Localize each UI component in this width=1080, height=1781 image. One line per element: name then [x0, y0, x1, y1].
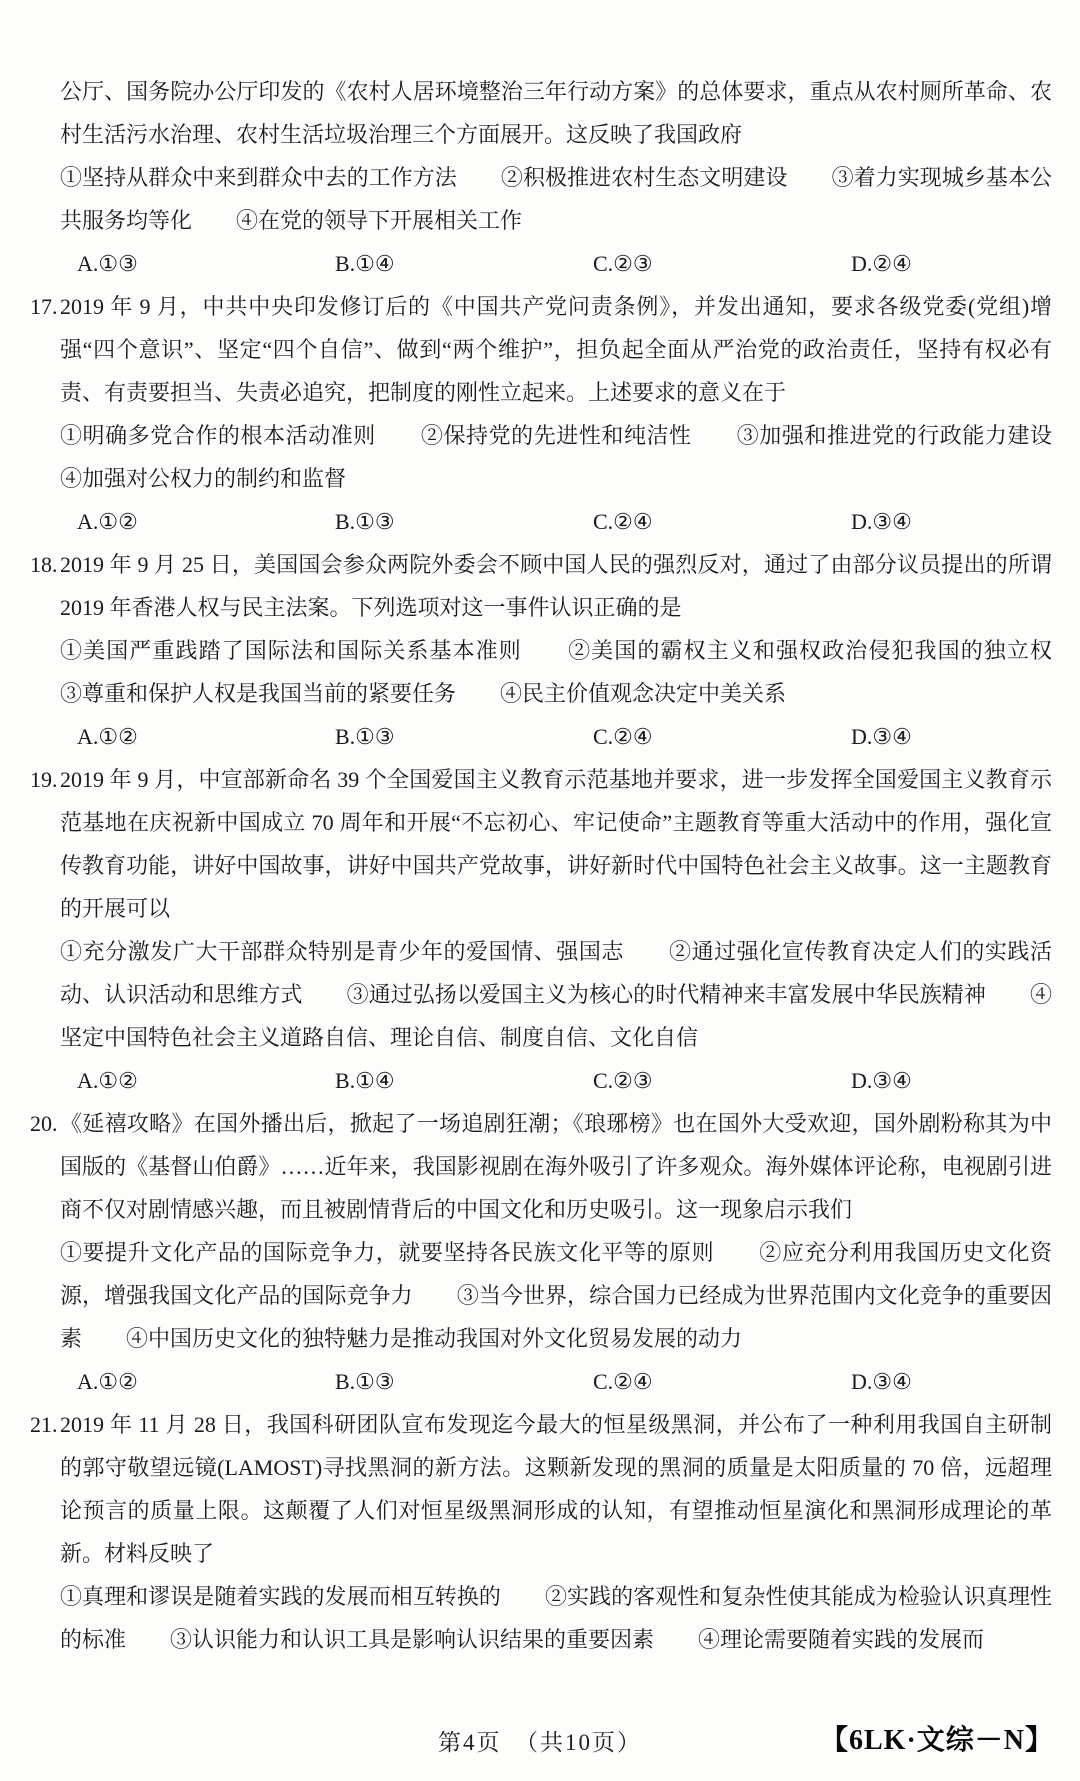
question-21: 21. 2019 年 11 月 28 日，我国科研团队宣布发现迄今最大的恒星级黑…: [30, 1403, 1052, 1661]
question-number: 20.: [30, 1102, 60, 1145]
option-a: A.①②: [77, 1360, 335, 1403]
exam-paper-page: 公厅、国务院办公厅印发的《农村人居环境整治三年行动方案》的总体要求，重点从农村厕…: [0, 0, 1080, 1781]
option-b: B.①③: [335, 715, 593, 758]
question-statements: ①充分激发广大干部群众特别是青少年的爱国情、强国志 ②通过强化宣传教育决定人们的…: [60, 930, 1052, 1059]
question-stem: 公厅、国务院办公厅印发的《农村人居环境整治三年行动方案》的总体要求，重点从农村厕…: [60, 70, 1052, 156]
option-c: C.②④: [593, 715, 851, 758]
question-17: 17. 2019 年 9 月，中共中央印发修订后的《中国共产党问责条例》，并发出…: [30, 285, 1052, 543]
option-d: D.③④: [851, 1059, 912, 1102]
page-content: 公厅、国务院办公厅印发的《农村人居环境整治三年行动方案》的总体要求，重点从农村厕…: [0, 0, 1080, 1661]
option-d: D.③④: [851, 715, 912, 758]
question-number: 21.: [30, 1403, 60, 1446]
question-stem: 2019 年 9 月 25 日，美国国会参众两院外委会不顾中国人民的强烈反对，通…: [60, 543, 1052, 629]
option-a: A.①②: [77, 1059, 335, 1102]
option-c: C.②④: [593, 1360, 851, 1403]
option-c: C.②④: [593, 500, 851, 543]
option-c: C.②③: [593, 1059, 851, 1102]
question-number: 18.: [30, 543, 60, 586]
question-statements: ①要提升文化产品的国际竞争力，就要坚持各民族文化平等的原则 ②应充分利用我国历史…: [60, 1231, 1052, 1360]
option-b: B.①④: [335, 242, 593, 285]
question-19: 19. 2019 年 9 月，中宣部新命名 39 个全国爱国主义教育示范基地并要…: [30, 758, 1052, 1102]
question-statements: ①真理和谬误是随着实践的发展而相互转换的 ②实践的客观性和复杂性使其能成为检验认…: [60, 1575, 1052, 1661]
question-number: 17.: [30, 285, 60, 328]
option-b: B.①③: [335, 500, 593, 543]
option-a: A.①②: [77, 500, 335, 543]
option-d: D.③④: [851, 1360, 912, 1403]
option-a: A.①③: [77, 242, 335, 285]
options-row: A.①② B.①③ C.②④ D.③④: [60, 1360, 1052, 1403]
question-20: 20. 《延禧攻略》在国外播出后，掀起了一场追剧狂潮；《琅琊榜》也在国外大受欢迎…: [30, 1102, 1052, 1403]
question-statements: ①明确多党合作的根本活动准则 ②保持党的先进性和纯洁性 ③加强和推进党的行政能力…: [60, 414, 1052, 500]
options-row: A.①② B.①③ C.②④ D.③④: [60, 500, 1052, 543]
option-d: D.③④: [851, 500, 912, 543]
question-stem: 2019 年 9 月，中宣部新命名 39 个全国爱国主义教育示范基地并要求，进一…: [60, 758, 1052, 930]
option-b: B.①③: [335, 1360, 593, 1403]
question-statements: ①坚持从群众中来到群众中去的工作方法 ②积极推进农村生态文明建设 ③着力实现城乡…: [60, 156, 1052, 242]
options-row: A.①② B.①③ C.②④ D.③④: [60, 715, 1052, 758]
question-stem: 2019 年 9 月，中共中央印发修订后的《中国共产党问责条例》，并发出通知，要…: [60, 285, 1052, 414]
option-b: B.①④: [335, 1059, 593, 1102]
question-18: 18. 2019 年 9 月 25 日，美国国会参众两院外委会不顾中国人民的强烈…: [30, 543, 1052, 758]
question-statements: ①美国严重践踏了国际法和国际关系基本准则 ②美国的霸权主义和强权政治侵犯我国的独…: [60, 629, 1052, 715]
option-d: D.②④: [851, 242, 912, 285]
options-row: A.①② B.①④ C.②③ D.③④: [60, 1059, 1052, 1102]
options-row: A.①③ B.①④ C.②③ D.②④: [60, 242, 1052, 285]
option-c: C.②③: [593, 242, 851, 285]
footer-paper-code: 【6LK·文综－N】: [820, 1718, 1054, 1758]
question-number: 19.: [30, 758, 60, 801]
question-16-continuation: 公厅、国务院办公厅印发的《农村人居环境整治三年行动方案》的总体要求，重点从农村厕…: [30, 70, 1052, 285]
question-stem: 2019 年 11 月 28 日，我国科研团队宣布发现迄今最大的恒星级黑洞，并公…: [60, 1403, 1052, 1575]
question-stem: 《延禧攻略》在国外播出后，掀起了一场追剧狂潮；《琅琊榜》也在国外大受欢迎，国外剧…: [60, 1102, 1052, 1231]
option-a: A.①②: [77, 715, 335, 758]
